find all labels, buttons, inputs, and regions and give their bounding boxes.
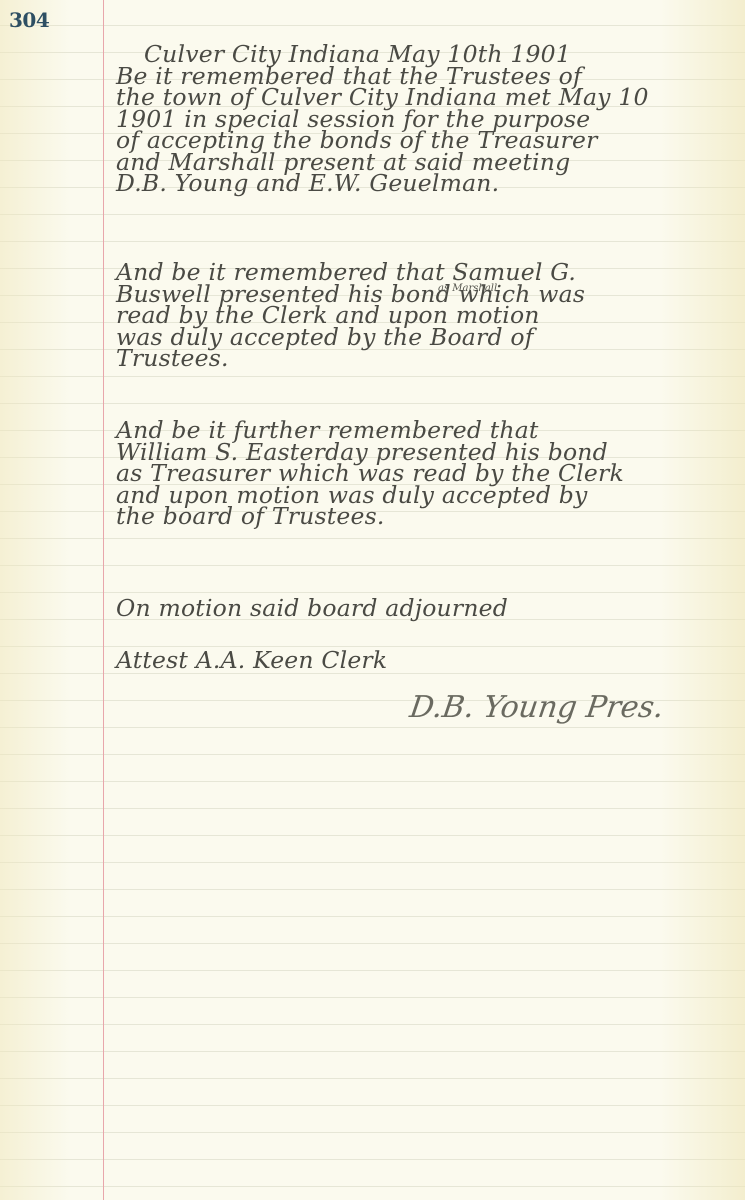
paragraph-william-easterday: And be it further remembered that Willia…	[116, 420, 741, 528]
president-signature: D.B. Young Pres.	[408, 690, 666, 725]
margin-rule	[103, 0, 104, 1200]
minutes-heading-block: Culver City Indiana May 10th 1901 Be it …	[116, 44, 741, 195]
attest-line: Attest A.A. Keen Clerk	[116, 650, 741, 672]
page-number: 304	[9, 8, 49, 32]
paragraph2-line: Trustees.	[116, 348, 741, 370]
paragraph1-line: D.B. Young and E.W. Geuelman.	[116, 173, 741, 195]
adjournment-line: On motion said board adjourned	[116, 598, 741, 620]
paragraph-samuel-buswell: And be it remembered that Samuel G. Busw…	[116, 262, 741, 370]
interlinear-note: as Marshall	[438, 283, 497, 294]
paragraph3-line: the board of Trustees.	[116, 506, 741, 528]
ledger-page: 304 Culver City Indiana May 10th 1901 Be…	[0, 0, 745, 1200]
